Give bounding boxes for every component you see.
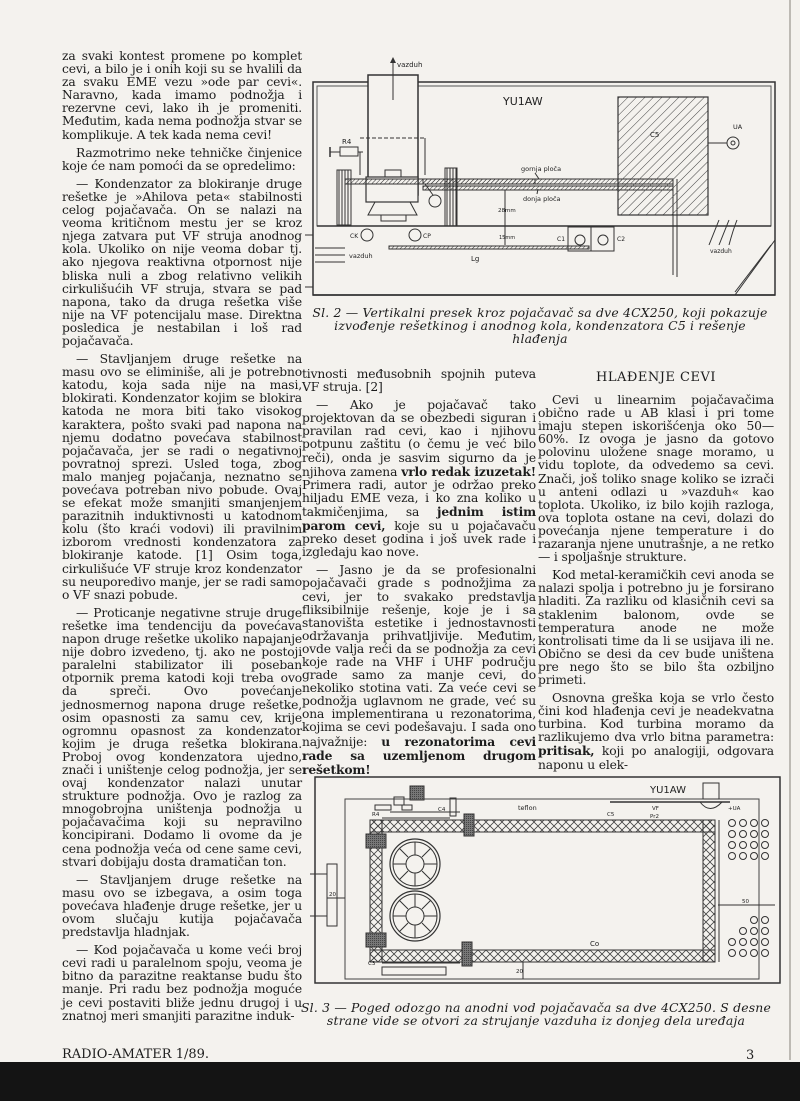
label-vazduh-left: vazduh <box>349 252 373 260</box>
paragraph: — Kondenzator za blokiranje druge rešetk… <box>62 178 302 348</box>
label-50: 50 <box>742 899 749 905</box>
paragraph: Razmotrimo neke tehničke činjenice koje … <box>62 147 302 173</box>
label-ua: UA <box>733 123 743 131</box>
air-holes-grid <box>729 820 769 957</box>
figure-2-caption: Sl. 2 — Vertikalni presek kroz pojačavač… <box>305 306 775 345</box>
label-20-left: 20 <box>329 892 336 898</box>
vertical-section-diagram: vazduh YU1AW R4 gornja ploča donja ploča <box>305 55 785 300</box>
paragraph: — Stavljanjem druge rešetke na masu ovo … <box>62 874 302 939</box>
label-pr2: Pr2 <box>650 814 659 820</box>
tube-2-icon <box>390 891 440 941</box>
paragraph: — Ako je pojačavač tako projektovan da s… <box>302 399 536 559</box>
paragraph: tivnosti međusobnih spojnih puteva VF st… <box>302 368 536 394</box>
label-cp: CP <box>423 233 431 240</box>
label-callsign: YU1AW <box>502 95 543 108</box>
paragraph: — Stavljanjem druge rešetke na masu ovo … <box>62 353 302 602</box>
label-ua: +UA <box>728 806 741 812</box>
label-c5: C5 <box>650 131 659 139</box>
paragraph: — Proticanje negativne struje druge reše… <box>62 607 302 869</box>
scan-bottom-border <box>0 1062 800 1101</box>
middle-column: tivnosti međusobnih spojnih puteva VF st… <box>302 368 536 782</box>
figure-2-diagram: vazduh YU1AW R4 gornja ploča donja ploča <box>305 55 785 300</box>
label-r4: R4 <box>372 812 380 818</box>
label-donja-ploca: donja ploča <box>523 195 561 203</box>
label-gornja-ploca: gornja ploča <box>521 165 561 173</box>
label-vazduh-top: vazduh <box>397 61 422 69</box>
top-view-diagram: teflon R4 C4 C3 <box>310 750 795 995</box>
paragraph: Cevi u linearnim pojačavačima obično rad… <box>538 394 774 564</box>
page-number: 3 <box>746 1048 754 1063</box>
label-lg: Lg <box>471 255 479 263</box>
label-15mm: 15mm <box>499 235 515 241</box>
paragraph: — Jasno je da se profesionalni pojačavač… <box>302 564 536 777</box>
label-28mm: 28mm <box>498 208 516 214</box>
emphasis: vrlo redak izuzetak! <box>401 464 536 479</box>
right-column: Cevi u linearnim pojačavačima obično rad… <box>538 394 774 777</box>
paragraph: Kod metal-keramičkih cevi anoda se nalaz… <box>538 569 774 687</box>
section-heading: HLAĐENJE CEVI <box>538 370 774 385</box>
label-c5: C5 <box>607 812 615 818</box>
paragraph: — Kod pojačavača u kome veći broj cevi r… <box>62 944 302 1023</box>
tube-1-icon <box>390 839 440 889</box>
label-ck: CK <box>350 233 359 240</box>
figure-3-caption: Sl. 3 — Poged odozgo na anodni vod pojač… <box>296 1001 776 1027</box>
label-vf: VF <box>652 806 659 812</box>
label-co: Co <box>590 940 599 948</box>
label-r4: R4 <box>342 138 352 146</box>
label-c3: C3 <box>368 961 376 967</box>
label-20-bottom: 20 <box>516 969 523 975</box>
label-c1: C1 <box>557 236 565 243</box>
label-callsign: YU1AW <box>649 785 686 796</box>
publication-footer: RADIO-AMATER 1/89. <box>62 1047 209 1062</box>
label-c2: C2 <box>617 236 625 243</box>
left-column: za svaki kontest promene po komplet cevi… <box>62 50 302 1028</box>
label-c4: C4 <box>438 807 446 813</box>
paragraph: za svaki kontest promene po komplet cevi… <box>62 50 302 142</box>
figure-3-diagram: teflon R4 C4 C3 <box>310 750 795 995</box>
label-teflon: teflon <box>518 804 537 812</box>
label-vazduh-right: vazduh <box>710 248 732 255</box>
